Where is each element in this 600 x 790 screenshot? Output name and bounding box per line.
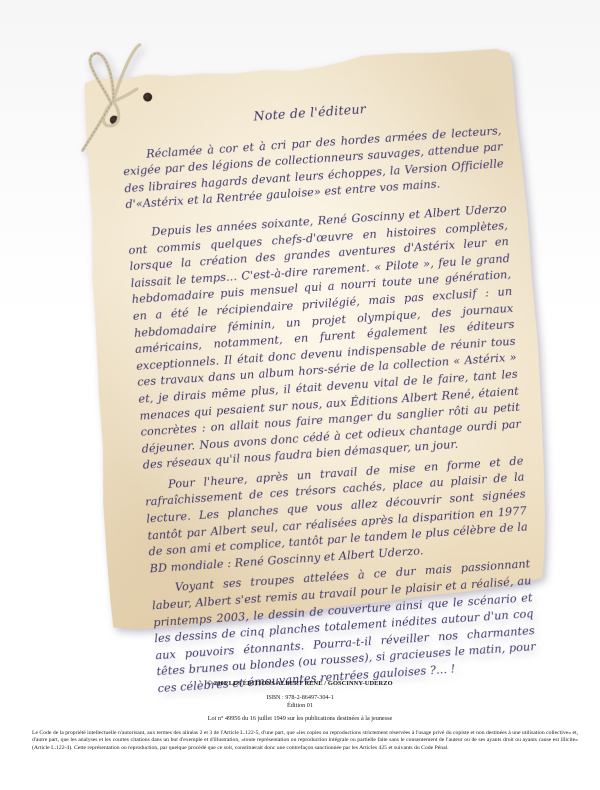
law-reference-line: Loi n° 49956 du 16 juillet 1949 sur les … (0, 715, 600, 722)
letter-paragraph: Depuis les années soixante, René Goscinn… (127, 201, 523, 475)
letter-paragraph: Voyant ses troupes attelées à ce dur mai… (151, 557, 538, 698)
letter-paragraph: Réclamée à cor et à cri par des hordes a… (122, 123, 506, 214)
legal-notice: Le Code de la propriété intellectuelle n… (32, 730, 578, 752)
handwritten-letter: Note de l'éditeur Réclamée à cor et à cr… (120, 92, 539, 709)
copyright-line: © 2003 LES ÉDITIONS ALBERT RENÉ / GOSCIN… (0, 680, 600, 687)
parchment-note: Note de l'éditeur Réclamée à cor et à cr… (84, 48, 548, 630)
isbn-line: ISBN : 978-2-86497-304-1 (0, 694, 600, 701)
letter-paragraph: Pour l'heure, après un travail de mise e… (144, 453, 530, 578)
edition-line: Édition 01 (0, 702, 600, 709)
